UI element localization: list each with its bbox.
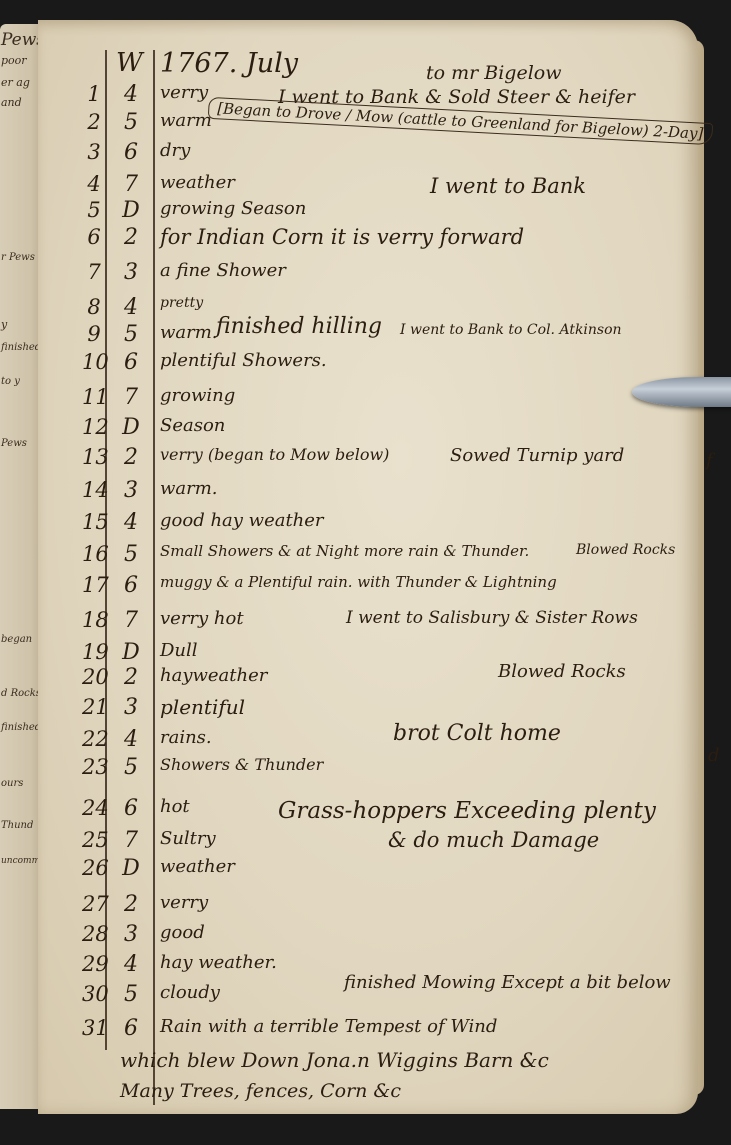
facing-fragment: r Pews	[1, 252, 35, 263]
month-day: 10	[82, 350, 106, 374]
weather-text: Sultry	[160, 828, 216, 849]
weather-text: dry	[160, 140, 190, 161]
weather-text: hayweather	[160, 665, 267, 686]
diary-row: 21 3 plentiful	[38, 695, 731, 725]
row-note: finished Mowing Except a bit below	[344, 972, 671, 993]
week-day: 7	[116, 828, 146, 853]
weather-text: hot	[160, 796, 190, 817]
row-note: Blowed Rocks	[576, 542, 675, 558]
weather-text: verry hot	[160, 608, 244, 629]
week-day: 7	[116, 172, 146, 197]
diary-row: 26 D weather & do much Damage	[38, 856, 731, 886]
weather-text: a fine Shower	[160, 260, 286, 281]
week-day: D	[116, 640, 146, 665]
weather-text: warm.	[160, 322, 218, 343]
row-note: I went to Salisbury & Sister Rows	[346, 608, 638, 628]
row-note: Grass-hoppers Exceeding plenty	[278, 798, 656, 824]
weather-text: Small Showers & at Night more rain & Thu…	[160, 542, 529, 560]
row-note-secondary: I went to Bank to Col. Atkinson	[400, 322, 622, 338]
diary-row: 2 5 warm [Began to Drove / Mow (cattle t…	[38, 110, 731, 140]
diary-row: 8 4 pretty	[38, 295, 731, 325]
weather-text: good	[160, 922, 205, 943]
week-day: 5	[116, 542, 146, 567]
diary-row: 25 7 Sultry Grass-hoppers Exceeding plen…	[38, 828, 731, 858]
month-day: 24	[82, 796, 106, 820]
month-day: 16	[82, 542, 106, 566]
facing-fragment: finished	[1, 722, 41, 733]
week-day: 6	[116, 350, 146, 375]
weather-text: warm	[160, 110, 212, 131]
week-day: 2	[116, 225, 146, 250]
month-day: 13	[82, 445, 106, 469]
entry-date-heading: 1767. July	[160, 48, 298, 79]
week-day: 5	[116, 110, 146, 135]
week-day: 4	[116, 952, 146, 977]
week-day: 5	[116, 755, 146, 780]
month-day: 7	[82, 260, 106, 284]
week-day: 3	[116, 695, 146, 720]
weather-text: Showers & Thunder	[160, 755, 323, 774]
row-note: & do much Damage	[388, 828, 599, 852]
week-day: D	[116, 198, 146, 223]
weather-text: growing	[160, 385, 235, 406]
month-day: 2	[82, 110, 106, 134]
diary-row: 14 3 warm.	[38, 478, 731, 508]
week-day: 5	[116, 982, 146, 1007]
continuation-line: Many Trees, fences, Corn &c	[120, 1080, 401, 1102]
diary-row: 16 5 Small Showers & at Night more rain …	[38, 542, 731, 572]
diary-row: 18 7 verry hot I went to Salisbury & Sis…	[38, 608, 731, 638]
heading-note: to mr Bigelow	[426, 62, 561, 84]
diary-row: 30 5 cloudy finished Mowing Except a bit…	[38, 982, 731, 1012]
diary-row: 15 4 good hay weather	[38, 510, 731, 540]
row-note: I went to Bank	[430, 174, 586, 198]
week-day: 3	[116, 478, 146, 503]
facing-fragment: finished	[1, 342, 41, 353]
weather-text: verry	[160, 82, 208, 103]
margin-fragment: d	[708, 745, 720, 766]
facing-fragment: Pews	[1, 438, 27, 449]
facing-fragment: er ag	[1, 76, 30, 89]
month-day: 28	[82, 922, 106, 946]
week-day: 3	[116, 922, 146, 947]
row-note: Sowed Turnip yard	[450, 445, 624, 466]
week-day: 7	[116, 608, 146, 633]
week-day: D	[116, 415, 146, 440]
weather-text: growing Season	[160, 198, 306, 219]
diary-row: 5 D growing Season	[38, 198, 731, 228]
facing-fragment: to y	[1, 376, 20, 387]
week-day: 5	[116, 322, 146, 347]
facing-fragment: and	[1, 96, 22, 109]
month-day: 12	[82, 415, 106, 439]
weather-text: Rain with a terrible Tempest of Wind	[160, 1016, 497, 1037]
month-day: 29	[82, 952, 106, 976]
weather-text: for Indian Corn it is verry forward	[160, 225, 524, 249]
weather-text: plentiful	[160, 695, 245, 719]
facing-fragment: began	[1, 634, 32, 645]
week-day: D	[116, 856, 146, 881]
diary-row: 7 3 a fine Shower	[38, 260, 731, 290]
weather-text: rains.	[160, 727, 212, 748]
month-day: 18	[82, 608, 106, 632]
facing-fragment: uncomm	[1, 856, 40, 866]
month-day: 11	[82, 385, 106, 409]
facing-fragment: poor	[1, 54, 27, 67]
row-note: brot Colt home	[393, 721, 561, 746]
weather-text: good hay weather	[160, 510, 324, 531]
week-day: 3	[116, 260, 146, 285]
month-day: 3	[82, 140, 106, 164]
diary-row: 31 6 Rain with a terrible Tempest of Win…	[38, 1016, 731, 1046]
week-day: 4	[116, 295, 146, 320]
row-note: finished hilling	[216, 314, 382, 339]
week-day: 6	[116, 140, 146, 165]
week-day: 2	[116, 665, 146, 690]
diary-row: 22 4 rains. brot Colt home	[38, 727, 731, 757]
weather-text: Dull	[160, 640, 198, 661]
diary-row: 6 2 for Indian Corn it is verry forward	[38, 225, 731, 255]
diary-row: 11 7 growing	[38, 385, 731, 415]
month-day: 15	[82, 510, 106, 534]
weather-text: warm.	[160, 478, 218, 499]
month-day: 20	[82, 665, 106, 689]
month-day: 19	[82, 640, 106, 664]
diary-row: 12 D Season	[38, 415, 731, 445]
weather-text: verry (began to Mow below)	[160, 445, 389, 464]
week-day: 4	[116, 727, 146, 752]
diary-row: 23 5 Showers & Thunder	[38, 755, 731, 785]
month-day: 8	[82, 295, 106, 319]
month-day: 14	[82, 478, 106, 502]
diary-row: 10 6 plentiful Showers.	[38, 350, 731, 380]
diary-row: 9 5 warm. finished hilling I went to Ban…	[38, 322, 731, 352]
continuation-line: which blew Down Jona.n Wiggins Barn &c	[120, 1048, 549, 1072]
weather-text: cloudy	[160, 982, 220, 1003]
margin-fragment: f	[706, 450, 713, 471]
month-day: 21	[82, 695, 106, 719]
weekday-column-header: W	[116, 48, 143, 78]
week-day: 6	[116, 573, 146, 598]
month-day: 23	[82, 755, 106, 779]
month-day: 9	[82, 322, 106, 346]
week-day: 4	[116, 82, 146, 107]
week-day: 7	[116, 385, 146, 410]
month-day: 5	[82, 198, 106, 222]
weather-text: verry	[160, 892, 208, 913]
week-day: 6	[116, 1016, 146, 1041]
week-day: 4	[116, 510, 146, 535]
diary-row: 17 6 muggy & a Plentiful rain. with Thun…	[38, 573, 731, 603]
weather-text: Season	[160, 415, 225, 436]
diary-row: 20 2 hayweather Blowed Rocks	[38, 665, 731, 695]
month-day: 22	[82, 727, 106, 751]
week-day: 6	[116, 796, 146, 821]
weather-text: pretty	[160, 295, 203, 311]
month-day: 4	[82, 172, 106, 196]
month-day: 17	[82, 573, 106, 597]
weather-text: muggy & a Plentiful rain. with Thunder &…	[160, 573, 557, 591]
month-day: 25	[82, 828, 106, 852]
diary-row: 13 2 verry (began to Mow below) Sowed Tu…	[38, 445, 731, 475]
weather-text: plentiful Showers.	[160, 350, 327, 371]
month-day: 6	[82, 225, 106, 249]
weather-text: hay weather.	[160, 952, 277, 973]
facing-fragment: d Rocks	[1, 688, 41, 699]
month-day: 1	[82, 82, 106, 106]
row-note: Blowed Rocks	[498, 661, 626, 682]
month-day: 31	[82, 1016, 106, 1040]
diary-row: 28 3 good	[38, 922, 731, 952]
weather-text: weather	[160, 856, 235, 877]
diary-page: W 1767. July to mr Bigelow 1 4 verry I w…	[38, 20, 698, 1114]
facing-fragment: Thund	[1, 820, 33, 831]
diary-row: 3 6 dry	[38, 140, 731, 170]
month-day: 30	[82, 982, 106, 1006]
month-day: 27	[82, 892, 106, 916]
weather-text: weather	[160, 172, 235, 193]
facing-fragment: y	[1, 318, 7, 331]
week-day: 2	[116, 892, 146, 917]
month-day: 26	[82, 856, 106, 880]
facing-fragment: ours	[1, 778, 23, 789]
week-day: 2	[116, 445, 146, 470]
diary-row: 27 2 verry	[38, 892, 731, 922]
